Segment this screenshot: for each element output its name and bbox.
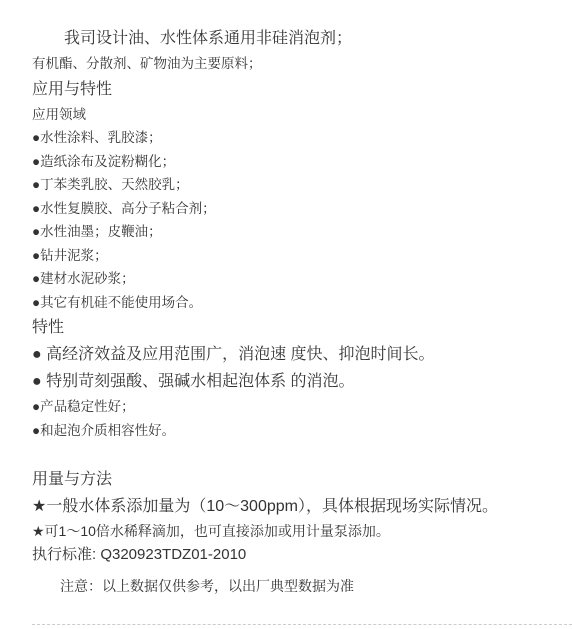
text-line: ●和起泡介质相容性好。 (32, 419, 562, 443)
text-line: 我司设计油、水性体系通用非硅消泡剂； (32, 25, 562, 52)
blank-line (32, 442, 562, 466)
text-line: ●水性复膜胶、高分子粘合剂； (32, 197, 562, 221)
text-line: ★可1～10倍水稀释滴加，也可直接添加或用计量泵添加。 (32, 520, 562, 544)
text-line: 注意：以上数据仅供参考，以出厂典型数据为准 (32, 575, 562, 599)
text-line: ●建材水泥砂浆； (32, 267, 562, 291)
document-body: 我司设计油、水性体系通用非硅消泡剂；有机酯、分散剂、矿物油为主要原料；应用与特性… (0, 0, 572, 599)
text-line: 应用领域 (32, 103, 562, 127)
text-line: ●水性涂料、乳胶漆； (32, 126, 562, 150)
text-line: ●产品稳定性好； (32, 395, 562, 419)
text-line: 应用与特性 (32, 76, 562, 103)
text-line: ● 高经济效益及应用范围广，消泡速 度快、抑泡时间长。 (32, 341, 562, 368)
text-line: ★一般水体系添加量为（10～300ppm），具体根据现场实际情况。 (32, 493, 562, 520)
product-description-page: 我司设计油、水性体系通用非硅消泡剂；有机酯、分散剂、矿物油为主要原料；应用与特性… (0, 0, 572, 629)
text-line: ● 特别苛刻强酸、强碱水相起泡体系 的消泡。 (32, 368, 562, 395)
text-line: ●其它有机硅不能使用场合。 (32, 291, 562, 315)
text-line: 有机酯、分散剂、矿物油为主要原料； (32, 52, 562, 76)
text-line: ●造纸涂布及淀粉糊化； (32, 150, 562, 174)
text-line: 特性 (32, 314, 562, 341)
section-divider (32, 624, 572, 625)
text-line: ●丁苯类乳胶、天然胶乳； (32, 173, 562, 197)
text-line: 用量与方法 (32, 466, 562, 493)
text-line: ●水性油墨；皮鞭油； (32, 220, 562, 244)
text-line: 执行标准: Q320923TDZ01-2010 (32, 543, 562, 567)
text-line: ●钻井泥浆； (32, 244, 562, 268)
